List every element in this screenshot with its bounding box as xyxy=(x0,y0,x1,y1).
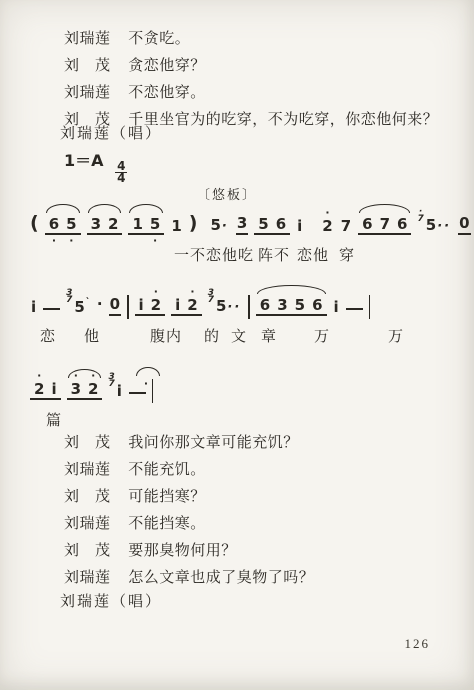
score-note: i xyxy=(30,299,37,316)
fermata-dot: · xyxy=(144,377,148,390)
octave-dot-above: · xyxy=(37,372,41,380)
score-note: 5· xyxy=(65,216,77,233)
score-note: 7 xyxy=(340,218,352,235)
score-note: 2· xyxy=(321,218,333,235)
score-note: 0 xyxy=(458,215,470,235)
note-group: i2· xyxy=(135,297,166,316)
speaker-name: 刘瑞莲 xyxy=(64,26,124,53)
lyric-syllable: 章 xyxy=(261,325,277,346)
lyric-syllable: 万 xyxy=(388,325,404,346)
dialogue-text: 不能挡寒。 xyxy=(128,516,206,532)
score-note: 2· xyxy=(150,297,162,314)
lyric-syllable: 穿 xyxy=(339,244,355,265)
score-note: 7 xyxy=(379,216,391,233)
note-group: 3·2· xyxy=(67,381,103,400)
dialogue-text: 千里坐官为的吃穿，不为吃穿，你恋他何来？ xyxy=(128,112,438,128)
speaker-name: 刘瑞莲 xyxy=(64,565,124,592)
score-note: 2· xyxy=(33,381,45,398)
speaker-name: 刘瑞莲 xyxy=(64,80,124,107)
score-note: i xyxy=(50,381,57,398)
octave-dot-above: · xyxy=(325,209,329,217)
score-note: i xyxy=(174,297,181,314)
lyric-syllable: 阵不 xyxy=(258,244,290,265)
dialogue-bottom-block: 刘 茂 我问你那文章可能充饥？ 刘瑞莲 不能充饥。 刘 茂 可能挡寒？ 刘瑞莲 … xyxy=(64,430,464,592)
dialogue-text: 不恋他穿。 xyxy=(128,85,206,101)
score-note: 6 xyxy=(259,297,271,314)
dialogue-line: 刘瑞莲 不能充饥。 xyxy=(64,457,464,484)
octave-dot-above: · xyxy=(154,288,158,296)
grace-note: 37 xyxy=(66,290,72,304)
dialogue-text: 不能充饥。 xyxy=(128,462,206,478)
score-note: 1 xyxy=(131,216,143,233)
barline xyxy=(127,295,129,319)
lyric-syllable: 一不恋他吃 xyxy=(174,244,254,265)
grace-glyph: 7 xyxy=(417,216,423,223)
slur-arc xyxy=(88,204,122,213)
score-system: 2·i3·2·37i·篇 xyxy=(30,360,460,429)
grace-note: 37 xyxy=(208,290,214,304)
score-note: 6 xyxy=(361,216,373,233)
score-note: 6 xyxy=(275,216,287,233)
note-group: 15· xyxy=(128,216,164,235)
score-note: 2· xyxy=(87,381,99,398)
speaker-name: 刘 茂 xyxy=(64,538,124,565)
note-group: 32 xyxy=(87,216,123,235)
score-note: 5·· xyxy=(215,298,242,316)
dot-after: ·· xyxy=(227,300,241,315)
dialogue-line: 刘 茂 可能挡寒？ xyxy=(64,484,464,511)
score-note: 3 xyxy=(236,215,248,235)
score-note: 6 xyxy=(311,297,323,314)
lyric-syllable: 恋 xyxy=(40,325,56,346)
score-note: i xyxy=(116,383,123,400)
grace-note: 37 xyxy=(108,374,114,388)
speaker-name: 刘 茂 xyxy=(64,484,124,511)
note-group: i2· xyxy=(171,297,202,316)
score-note: 5ˋ xyxy=(73,294,90,316)
lyrics-row: 恋他腹内的文章万万 xyxy=(30,325,460,345)
held-note-dash xyxy=(43,308,60,310)
notes-row: 2·i3·2·37i· xyxy=(30,360,460,400)
dialogue-top-block: 刘瑞莲 不贪吃。 刘 茂 贪恋他穿？ 刘瑞莲 不恋他穿。 刘 茂 千里坐官为的吃… xyxy=(64,26,464,134)
grace-glyph: 7 xyxy=(108,381,114,388)
score-note: 0 xyxy=(109,296,121,316)
slur-arc xyxy=(359,204,410,213)
score-system: (6·5·3215·1)5·356i2·7676·75··0一不恋他吃阵不恋他穿 xyxy=(30,195,460,264)
dot-after: ·· xyxy=(437,219,451,234)
score-system: i375ˋ·0i2·i2·375··6356i恋他腹内的文章万万 xyxy=(30,276,460,345)
dialogue-line: 刘 茂 要那臭物何用？ xyxy=(64,538,464,565)
score-note: 5 xyxy=(257,216,269,233)
score-note: 3 xyxy=(90,216,102,233)
final-barline: · xyxy=(152,379,154,403)
score-note: 5· xyxy=(149,216,161,233)
score-note: 6· xyxy=(48,216,60,233)
lyric-syllable: 的 xyxy=(204,325,220,346)
time-signature: 4 4 xyxy=(115,161,127,184)
speaker-name: 刘 茂 xyxy=(64,53,124,80)
score-note: 2 xyxy=(107,216,119,233)
parenthesis: ( xyxy=(30,212,39,234)
octave-dot-above: · xyxy=(190,288,194,296)
lyric-syllable: 恋他 xyxy=(297,244,329,265)
dialogue-text: 可能挡寒？ xyxy=(128,489,206,505)
lyric-syllable: 文 xyxy=(231,325,247,346)
dot-after: · xyxy=(222,219,229,234)
slide-mark: ˋ xyxy=(85,297,90,308)
dialogue-line: 刘瑞莲 不恋他穿。 xyxy=(64,80,464,107)
sing-cue-bottom: 刘瑞莲（唱） xyxy=(60,590,162,611)
score-note: i xyxy=(138,297,145,314)
speaker-name: 刘瑞莲 xyxy=(64,457,124,484)
score-note: 1 xyxy=(170,218,182,235)
score-note: i xyxy=(333,299,340,316)
note-group: 2·i xyxy=(30,381,61,400)
speaker-name: 刘 茂 xyxy=(64,430,124,457)
lyric-syllable: 他 xyxy=(84,325,100,346)
dialogue-text: 要那臭物何用？ xyxy=(128,543,237,559)
grace-note: ·7 xyxy=(417,209,423,223)
note-group: 6356 xyxy=(256,297,327,316)
dialogue-text: 贪恋他穿？ xyxy=(128,58,206,74)
separate-dot: · xyxy=(97,295,103,313)
barline xyxy=(248,295,250,319)
key-signature-text: 1＝A xyxy=(64,151,104,170)
score-note: 3 xyxy=(276,297,288,314)
lyric-syllable: 篇 xyxy=(46,409,62,430)
held-note-dash xyxy=(346,308,363,310)
dialogue-line: 刘瑞莲 不能挡寒。 xyxy=(64,511,464,538)
dialogue-text: 怎么文章也成了臭物了吗？ xyxy=(128,570,314,586)
lyrics-row: 一不恋他吃阵不恋他穿 xyxy=(30,244,460,264)
note-group: 676 xyxy=(358,216,411,235)
note-group: 56 xyxy=(254,216,290,235)
score-note: 3· xyxy=(70,381,82,398)
score-note: 5· xyxy=(209,217,229,235)
lyrics-row: 篇 xyxy=(30,409,460,429)
book-page: 刘瑞莲 不贪吃。 刘 茂 贪恋他穿？ 刘瑞莲 不恋他穿。 刘 茂 千里坐官为的吃… xyxy=(0,0,474,690)
slur-arc xyxy=(257,285,326,294)
slur-arc xyxy=(68,369,102,378)
dialogue-line: 刘瑞莲 怎么文章也成了臭物了吗？ xyxy=(64,565,464,592)
slur-arc xyxy=(129,204,163,213)
grace-glyph: 7 xyxy=(66,297,72,304)
note-group: 6·5· xyxy=(45,216,81,235)
grace-glyph: 7 xyxy=(208,297,214,304)
held-note-dash xyxy=(129,392,146,394)
dialogue-text: 我问你那文章可能充饥？ xyxy=(128,435,299,451)
dialogue-line: 刘瑞莲 不贪吃。 xyxy=(64,26,464,53)
key-signature: 1＝A 4 4 xyxy=(64,148,127,184)
time-signature-denominator: 4 xyxy=(115,173,127,184)
lyric-syllable: 万 xyxy=(314,325,330,346)
score-note: 5 xyxy=(294,297,306,314)
dialogue-line: 刘 茂 我问你那文章可能充饥？ xyxy=(64,430,464,457)
dialogue-line: 刘 茂 贪恋他穿？ xyxy=(64,53,464,80)
dialogue-text: 不贪吃。 xyxy=(128,31,190,47)
notes-row: (6·5·3215·1)5·356i2·7676·75··0 xyxy=(30,195,460,235)
parenthesis: ) xyxy=(189,212,198,234)
slur-arc xyxy=(46,204,80,213)
score-note: 6 xyxy=(396,216,408,233)
barline xyxy=(369,295,371,319)
lyric-syllable: 腹内 xyxy=(150,325,182,346)
sing-cue-top: 刘瑞莲（唱） xyxy=(60,122,162,143)
score-note: i xyxy=(296,218,303,235)
score-note: 5·· xyxy=(425,217,452,235)
score-note: 2· xyxy=(186,297,198,314)
speaker-name: 刘瑞莲 xyxy=(64,511,124,538)
tie-arc xyxy=(136,367,160,376)
page-number: 126 xyxy=(405,636,431,652)
notes-row: i375ˋ·0i2·i2·375··6356i xyxy=(30,276,460,316)
